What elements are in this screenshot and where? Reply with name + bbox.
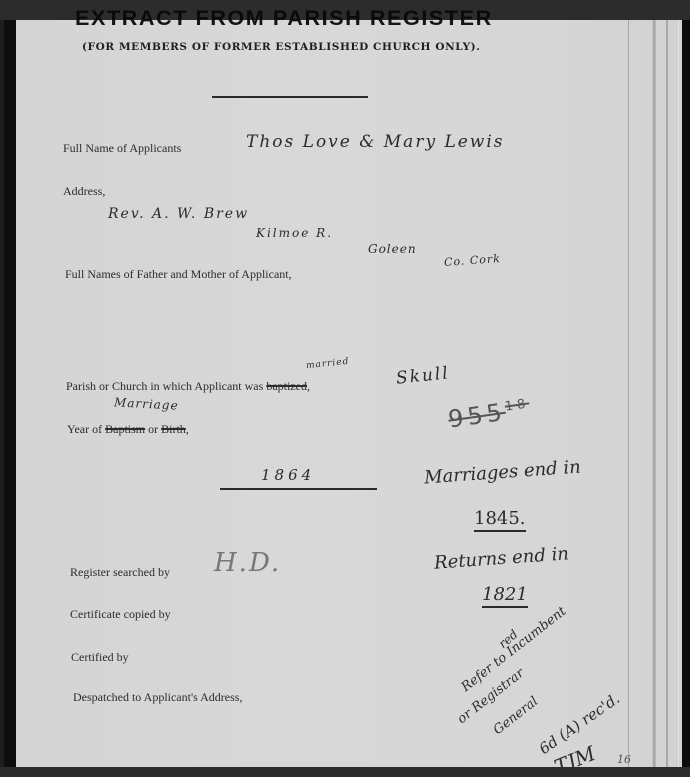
address-label: Address,	[63, 184, 105, 199]
certified-by-label: Certified by	[71, 650, 129, 665]
page-fold-line	[628, 20, 629, 767]
page-fold-line	[652, 20, 656, 767]
parish-label: Parish or Church in which Applicant was …	[66, 379, 310, 394]
title-clip-region: EXTRACT FROM PARISH REGISTER	[0, 0, 690, 20]
header-divider	[212, 96, 368, 98]
document-subtitle: (FOR MEMBERS OF FORMER ESTABLISHED CHURC…	[82, 41, 481, 53]
reference-number: 95518	[446, 394, 531, 433]
full-name-value: Thos Love & Mary Lewis	[246, 132, 505, 152]
year-label: Year of Baptism or Birth,	[67, 422, 189, 437]
full-name-label: Full Name of Applicants	[63, 141, 181, 156]
marriages-end-year: 1845.	[474, 508, 526, 532]
scan-right-edge	[682, 20, 690, 767]
searched-by-initials: H.D.	[214, 548, 281, 578]
address-line-1: Rev. A. W. Brew	[108, 206, 249, 222]
title-lower: EXTRACT FROM PARISH REGISTER	[0, 20, 690, 34]
parish-value: Skull	[395, 363, 451, 389]
struck-word: baptized	[266, 379, 307, 393]
page-fold-line	[676, 20, 679, 767]
address-line-4: Co. Cork	[444, 252, 502, 269]
year-insertion: Marriage	[114, 395, 179, 412]
returns-end-year: 1821	[482, 584, 528, 608]
parish-insertion: married	[306, 357, 350, 371]
address-line-2: Kilmoe R.	[256, 226, 333, 240]
register-form-page: (FOR MEMBERS OF FORMER ESTABLISHED CHURC…	[16, 20, 682, 767]
copied-by-label: Certificate copied by	[70, 607, 171, 622]
document-title: EXTRACT FROM PARISH REGISTER	[75, 7, 528, 20]
page-fold-line	[666, 20, 668, 767]
parents-label: Full Names of Father and Mother of Appli…	[65, 267, 292, 282]
searched-by-label: Register searched by	[70, 565, 170, 580]
marriages-end-note: Marriages end in	[423, 457, 581, 489]
scan-left-edge	[0, 20, 16, 767]
returns-end-note: Returns end in	[433, 543, 569, 573]
scan-bottom-border: 16	[0, 767, 690, 777]
despatched-label: Despatched to Applicant's Address,	[73, 690, 242, 705]
year-value: 1864	[261, 466, 315, 484]
year-underline	[220, 488, 377, 490]
page-number: 16	[617, 753, 631, 766]
referral-line-3: General	[491, 694, 541, 738]
address-line-3: Goleen	[368, 242, 417, 256]
